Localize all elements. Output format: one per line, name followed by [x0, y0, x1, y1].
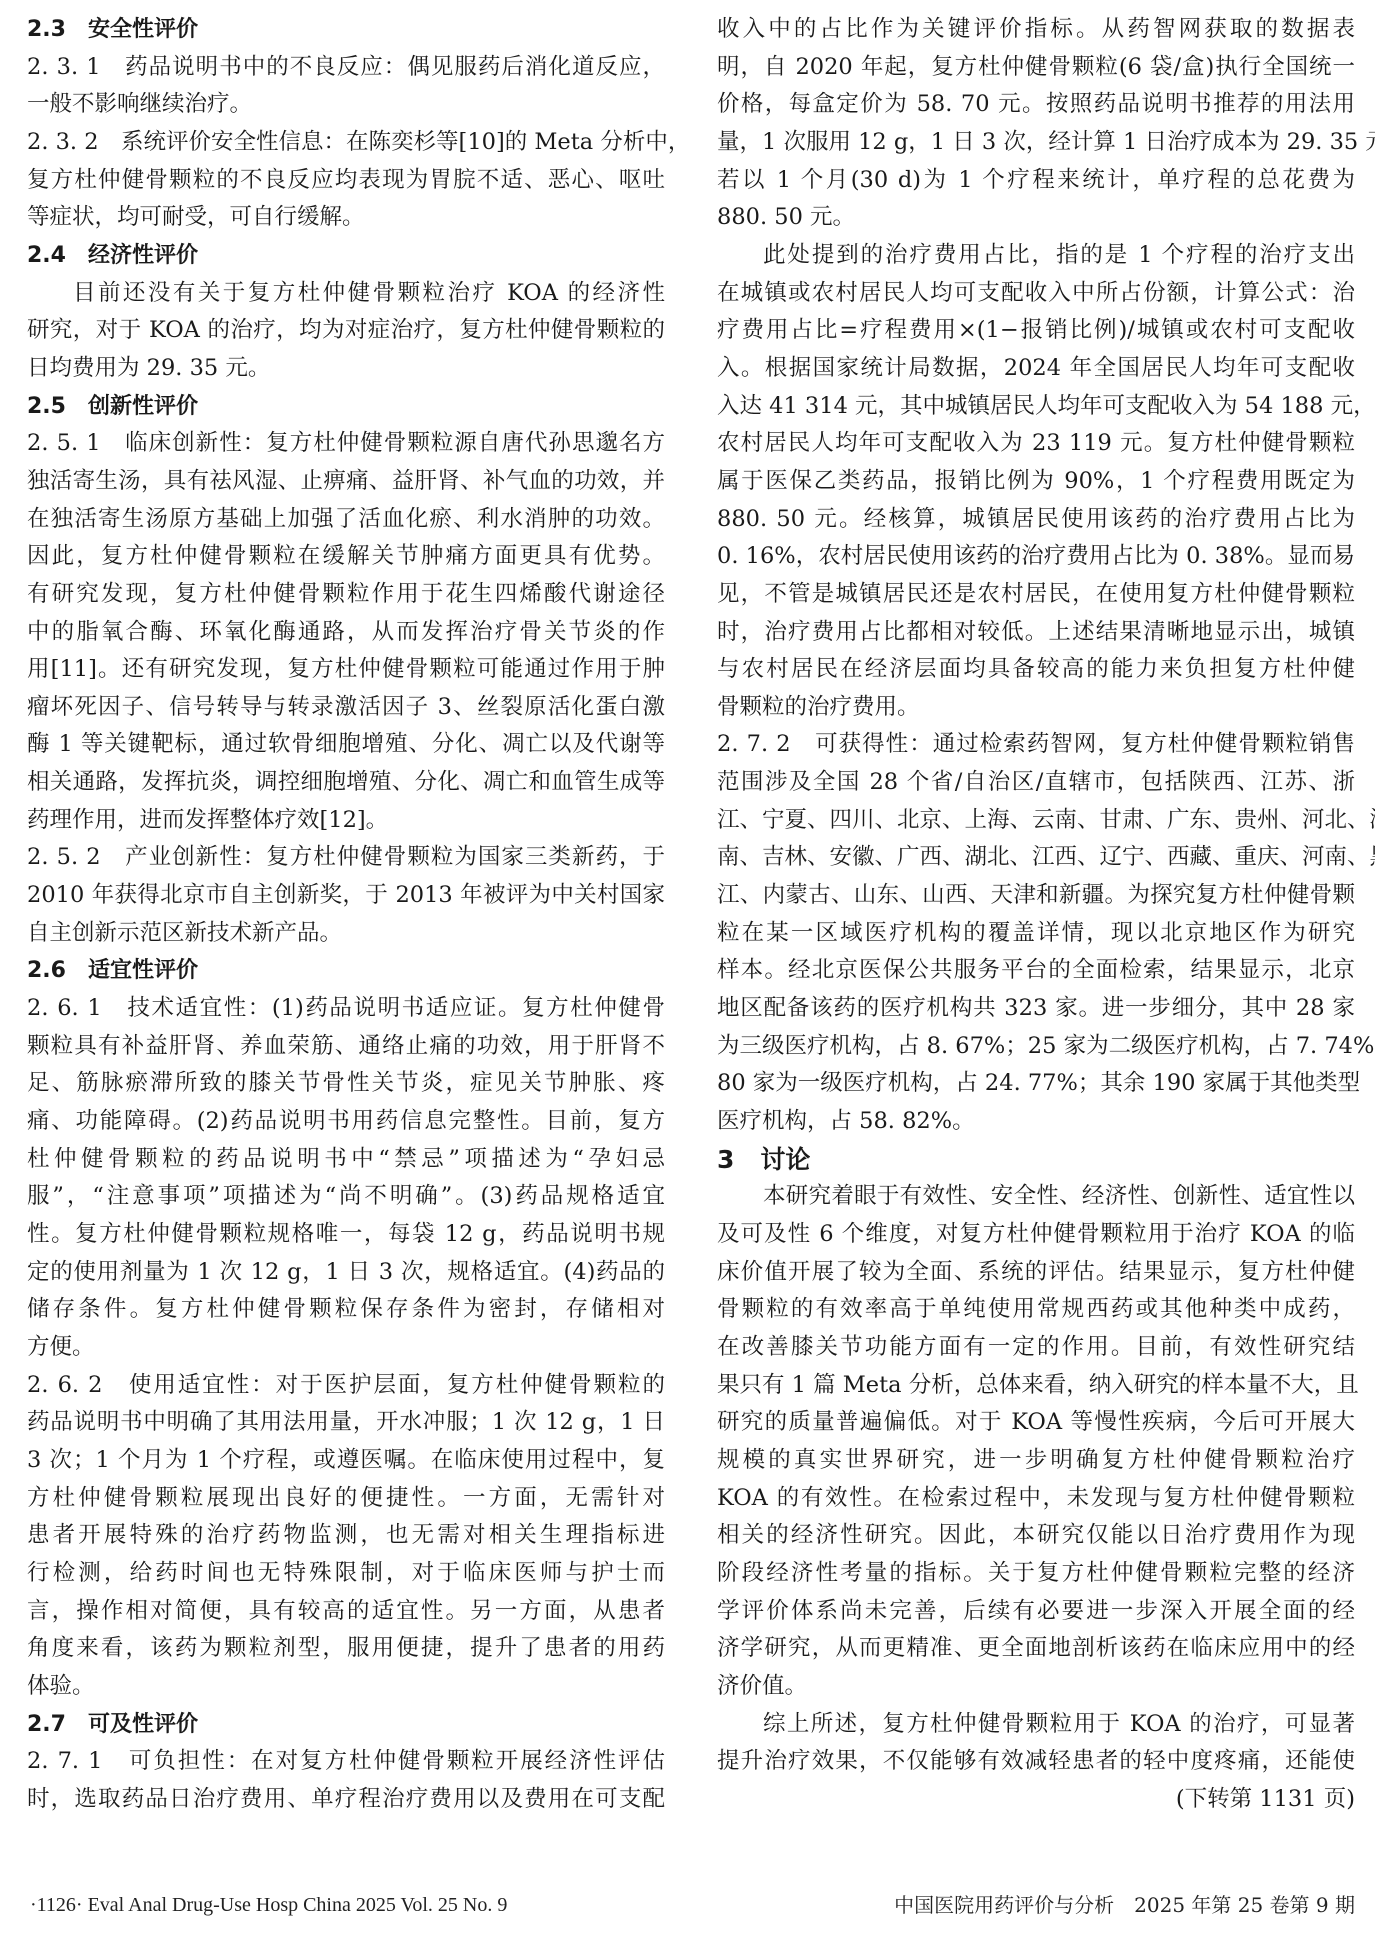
text-line: 言，操作相对简便，具有较高的适宜性。另一方面，从患者 — [27, 1593, 665, 1631]
text-line: 地区配备该药的医疗机构共 323 家。进一步细分，其中 28 家 — [717, 990, 1355, 1028]
text-line: 880. 50 元。经核算，城镇居民使用该药的治疗费用占比为 — [717, 501, 1355, 539]
text-line: 角度来看，该药为颗粒剂型，服用便捷，提升了患者的用药 — [27, 1630, 665, 1668]
text-line: 江、宁夏、四川、北京、上海、云南、甘肃、广东、贵州、河北、湖 — [717, 802, 1355, 840]
text-line: 疗费用占比=疗程费用×(1−报销比例)/城镇或农村可支配收 — [717, 312, 1355, 350]
text-line: 价格，每盒定价为 58. 70 元。按照药品说明书推荐的用法用 — [717, 86, 1355, 124]
section-number: 3 — [717, 1141, 734, 1179]
text-line: 患者开展特殊的治疗药物监测，也无需对相关生理指标进 — [27, 1517, 665, 1555]
text-line: 入。根据国家统计局数据，2024 年全国居民人均年可支配收 — [717, 350, 1355, 388]
text-line: 床价值开展了较为全面、系统的评估。结果显示，复方杜仲健 — [717, 1254, 1355, 1292]
text-line: 此处提到的治疗费用占比，指的是 1 个疗程的治疗支出 — [717, 237, 1355, 275]
text-line: 行检测，给药时间也无特殊限制，对于临床医师与护士而 — [27, 1555, 665, 1593]
text-line: 本研究着眼于有效性、安全性、经济性、创新性、适宜性以 — [717, 1178, 1355, 1216]
text-line: 有研究发现，复方杜仲健骨颗粒作用于花生四烯酸代谢途径 — [27, 576, 665, 614]
text-line: 瘤坏死因子、信号转导与转录激活因子 3、丝裂原活化蛋白激 — [27, 689, 665, 727]
section-number: 2.7 — [27, 1706, 66, 1744]
text-line: 收入中的占比作为关键评价指标。从药智网获取的数据表 — [717, 11, 1355, 49]
text-line: 见，不管是城镇居民还是农村居民，在使用复方杜仲健骨颗粒 — [717, 576, 1355, 614]
text-line: 江、内蒙古、山东、山西、天津和新疆。为探究复方杜仲健骨颗 — [717, 877, 1355, 915]
text-line: 2. 3. 1 药品说明书中的不良反应：偶见服药后消化道反应， — [27, 49, 665, 87]
text-line: 范围涉及全国 28 个省/自治区/直辖市，包括陕西、江苏、浙 — [717, 764, 1355, 802]
text-line: 3 次；1 个月为 1 个疗程，或遵医嘱。在临床使用过程中，复 — [27, 1442, 665, 1480]
text-line: 研究的质量普遍偏低。对于 KOA 等慢性疾病，今后可开展大 — [717, 1404, 1355, 1442]
text-line: 颗粒具有补益肝肾、养血荣筋、通络止痛的功效，用于肝肾不 — [27, 1028, 665, 1066]
text-line: 提升治疗效果，不仅能够有效减轻患者的轻中度疼痛，还能使 — [717, 1743, 1355, 1781]
section-title: 创新性评价 — [88, 394, 198, 419]
text-line: 在城镇或农村居民人均可支配收入中所占份额，计算公式：治 — [717, 275, 1355, 313]
footer-journal-info-cn: 中国医院用药评价与分析 2025 年第 25 卷第 9 期 — [894, 1890, 1355, 1920]
text-line: 综上所述，复方杜仲健骨颗粒用于 KOA 的治疗，可显著 — [717, 1706, 1355, 1744]
text-line: 明，自 2020 年起，复方杜仲健骨颗粒(6 袋/盒)执行全国统一 — [717, 49, 1355, 87]
section-number: 2.3 — [27, 11, 66, 49]
text-line: 量，1 次服用 12 g，1 日 3 次，经计算 1 日治疗成本为 29. 35… — [717, 124, 1355, 162]
text-line: 痛、功能障碍。(2)药品说明书用药信息完整性。目前，复方 — [27, 1103, 665, 1141]
text-line: 医疗机构，占 58. 82%。 — [717, 1103, 1355, 1141]
section-number: 2.5 — [27, 388, 66, 426]
text-line: 0. 16%，农村居民使用该药的治疗费用占比为 0. 38%。显而易 — [717, 538, 1355, 576]
text-line: 方便。 — [27, 1329, 665, 1367]
section-heading: 2.7可及性评价 — [27, 1706, 665, 1744]
text-line: 济价值。 — [717, 1668, 1355, 1706]
section-title: 经济性评价 — [88, 243, 198, 268]
text-line: 方杜仲健骨颗粒展现出良好的便捷性。一方面，无需针对 — [27, 1480, 665, 1518]
text-line: 2. 5. 2 产业创新性：复方杜仲健骨颗粒为国家三类新药，于 — [27, 839, 665, 877]
text-line: 服”，“注意事项”项描述为“尚不明确”。(3)药品规格适宜 — [27, 1178, 665, 1216]
text-line: 用[11]。还有研究发现，复方杜仲健骨颗粒可能通过作用于肿 — [27, 651, 665, 689]
text-line: 时，选取药品日治疗费用、单疗程治疗费用以及费用在可支配 — [27, 1781, 665, 1819]
text-line: 2. 6. 2 使用适宜性：对于医护层面，复方杜仲健骨颗粒的 — [27, 1367, 665, 1405]
text-line: 济学研究，从而更精准、更全面地剖析该药在临床应用中的经 — [717, 1630, 1355, 1668]
text-line: 及可及性 6 个维度，对复方杜仲健骨颗粒用于治疗 KOA 的临 — [717, 1216, 1355, 1254]
text-line: 与农村居民在经济层面均具备较高的能力来负担复方杜仲健 — [717, 651, 1355, 689]
text-line: 在独活寄生汤原方基础上加强了活血化瘀、利水消肿的功效。 — [27, 501, 665, 539]
section-number: 2.6 — [27, 952, 66, 990]
section-heading: 2.3安全性评价 — [27, 11, 665, 49]
text-line: 2. 5. 1 临床创新性：复方杜仲健骨颗粒源自唐代孙思邈名方 — [27, 425, 665, 463]
left-column: 2.3安全性评价2. 3. 1 药品说明书中的不良反应：偶见服药后消化道反应，一… — [27, 11, 665, 1819]
text-line: 足、筋脉瘀滞所致的膝关节骨性关节炎，症见关节肿胀、疼 — [27, 1065, 665, 1103]
text-line: 药理作用，进而发挥整体疗效[12]。 — [27, 802, 665, 840]
text-line: 2010 年获得北京市自主创新奖，于 2013 年被评为中关村国家 — [27, 877, 665, 915]
text-line: 酶 1 等关键靶标，通过软骨细胞增殖、分化、凋亡以及代谢等 — [27, 726, 665, 764]
text-line: 性。复方杜仲健骨颗粒规格唯一，每袋 12 g，药品说明书规 — [27, 1216, 665, 1254]
text-line: 农村居民人均年可支配收入为 23 119 元。复方杜仲健骨颗粒 — [717, 425, 1355, 463]
text-line: 2. 3. 2 系统评价安全性信息：在陈奕杉等[10]的 Meta 分析中， — [27, 124, 665, 162]
text-line: 粒在某一区域医疗机构的覆盖详情，现以北京地区作为研究 — [717, 915, 1355, 953]
section-heading: 2.5创新性评价 — [27, 388, 665, 426]
text-line: 骨颗粒的治疗费用。 — [717, 689, 1355, 727]
text-line: 果只有 1 篇 Meta 分析，总体来看，纳入研究的样本量不大，且 — [717, 1367, 1355, 1405]
text-line: 880. 50 元。 — [717, 199, 1355, 237]
text-line: 在改善膝关节功能方面有一定的作用。目前，有效性研究结 — [717, 1329, 1355, 1367]
continued-note: (下转第 1131 页) — [717, 1781, 1355, 1819]
text-line: 80 家为一级医疗机构，占 24. 77%；其余 190 家属于其他类型 — [717, 1065, 1355, 1103]
text-line: KOA 的有效性。在检索过程中，未发现与复方杜仲健骨颗粒 — [717, 1480, 1355, 1518]
text-line: 若以 1 个月(30 d)为 1 个疗程来统计，单疗程的总花费为 — [717, 162, 1355, 200]
text-line: 入达 41 314 元，其中城镇居民人均年可支配收入为 54 188 元， — [717, 388, 1355, 426]
text-line: 阶段经济性考量的指标。关于复方杜仲健骨颗粒完整的经济 — [717, 1555, 1355, 1593]
section-heading: 3讨论 — [717, 1141, 1355, 1179]
text-line: 骨颗粒的有效率高于单纯使用常规西药或其他种类中成药， — [717, 1291, 1355, 1329]
text-line: 属于医保乙类药品，报销比例为 90%，1 个疗程费用既定为 — [717, 463, 1355, 501]
section-title: 安全性评价 — [88, 17, 198, 42]
text-line: 杜仲健骨颗粒的药品说明书中“禁忌”项描述为“孕妇忌 — [27, 1141, 665, 1179]
footer-page-info-en: ·1126· Eval Anal Drug-Use Hosp China 202… — [30, 1890, 507, 1920]
text-line: 规模的真实世界研究，进一步明确复方杜仲健骨颗粒治疗 — [717, 1442, 1355, 1480]
section-title: 讨论 — [760, 1145, 810, 1174]
text-line: 中的脂氧合酶、环氧化酶通路，从而发挥治疗骨关节炎的作 — [27, 614, 665, 652]
text-line: 研究，对于 KOA 的治疗，均为对症治疗，复方杜仲健骨颗粒的 — [27, 312, 665, 350]
text-line: 样本。经北京医保公共服务平台的全面检索，结果显示，北京 — [717, 952, 1355, 990]
text-line: 为三级医疗机构，占 8. 67%；25 家为二级医疗机构，占 7. 74%； — [717, 1028, 1355, 1066]
section-title: 可及性评价 — [88, 1712, 198, 1737]
right-column: 收入中的占比作为关键评价指标。从药智网获取的数据表明，自 2020 年起，复方杜… — [717, 11, 1355, 1819]
text-line: 体验。 — [27, 1668, 665, 1706]
text-line: 2. 7. 2 可获得性：通过检索药智网，复方杜仲健骨颗粒销售 — [717, 726, 1355, 764]
section-heading: 2.4经济性评价 — [27, 237, 665, 275]
text-line: 等症状，均可耐受，可自行缓解。 — [27, 199, 665, 237]
text-line: 因此，复方杜仲健骨颗粒在缓解关节肿痛方面更具有优势。 — [27, 538, 665, 576]
text-line: 一般不影响继续治疗。 — [27, 86, 665, 124]
text-line: 日均费用为 29. 35 元。 — [27, 350, 665, 388]
text-line: 学评价体系尚未完善，后续有必要进一步深入开展全面的经 — [717, 1593, 1355, 1631]
text-line: 2. 6. 1 技术适宜性：(1)药品说明书适应证。复方杜仲健骨 — [27, 990, 665, 1028]
text-line: 复方杜仲健骨颗粒的不良反应均表现为胃脘不适、恶心、呕吐 — [27, 162, 665, 200]
section-number: 2.4 — [27, 237, 66, 275]
text-line: 南、吉林、安徽、广西、湖北、江西、辽宁、西藏、重庆、河南、黑龙 — [717, 839, 1355, 877]
text-line: 自主创新示范区新技术新产品。 — [27, 915, 665, 953]
text-line: 药品说明书中明确了其用法用量，开水冲服；1 次 12 g，1 日 — [27, 1404, 665, 1442]
text-line: 独活寄生汤，具有祛风湿、止痹痛、益肝肾、补气血的功效，并 — [27, 463, 665, 501]
section-title: 适宜性评价 — [88, 958, 198, 983]
text-line: 目前还没有关于复方杜仲健骨颗粒治疗 KOA 的经济性 — [27, 275, 665, 313]
text-line: 2. 7. 1 可负担性：在对复方杜仲健骨颗粒开展经济性评估 — [27, 1743, 665, 1781]
text-line: 储存条件。复方杜仲健骨颗粒保存条件为密封，存储相对 — [27, 1291, 665, 1329]
text-line: 相关的经济性研究。因此，本研究仅能以日治疗费用作为现 — [717, 1517, 1355, 1555]
text-line: 相关通路，发挥抗炎，调控细胞增殖、分化、凋亡和血管生成等 — [27, 764, 665, 802]
section-heading: 2.6适宜性评价 — [27, 952, 665, 990]
text-line: 定的使用剂量为 1 次 12 g，1 日 3 次，规格适宜。(4)药品的 — [27, 1254, 665, 1292]
text-line: 时，治疗费用占比都相对较低。上述结果清晰地显示出，城镇 — [717, 614, 1355, 652]
